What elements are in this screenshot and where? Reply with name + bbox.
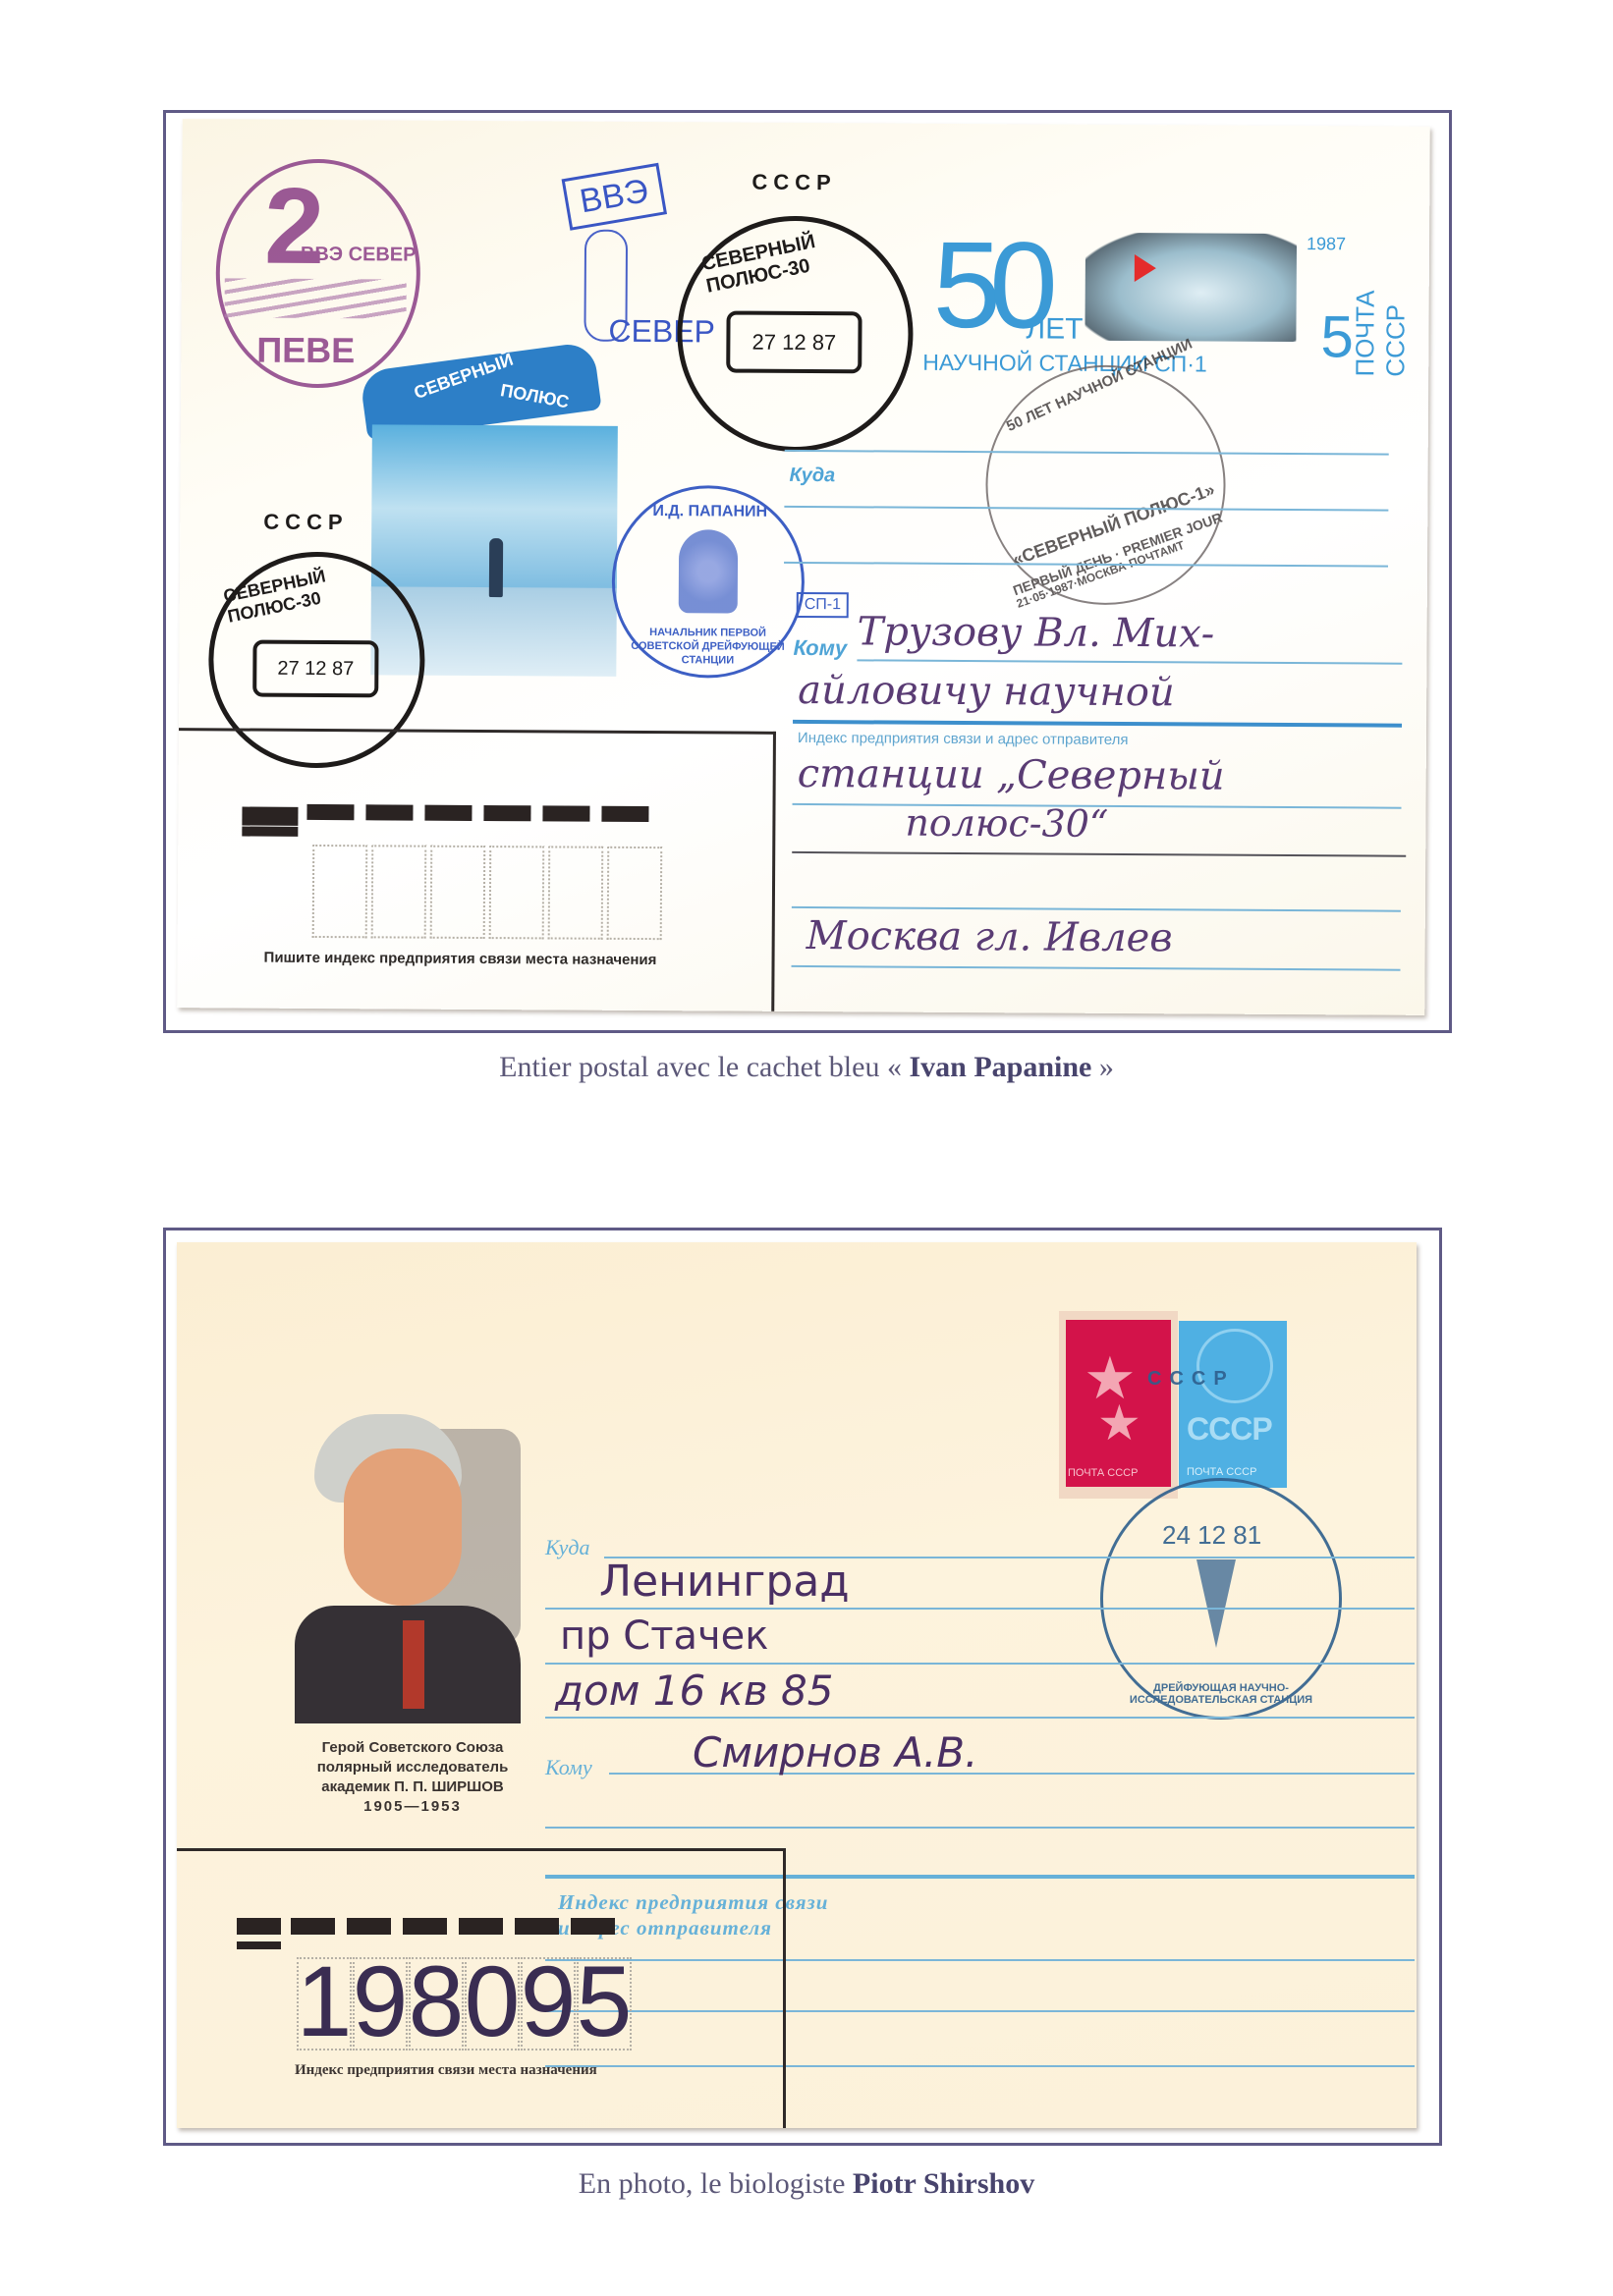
postmark-ring-text: СЕВЕРНЫЙ ПОЛЮС-30 — [699, 212, 911, 298]
envelope-shirshov: Герой Советского Союза полярный исследов… — [177, 1242, 1417, 2128]
stamp-country: ПОЧТА СССР — [1350, 239, 1412, 376]
postmark-drifting-station: СССР 24 12 81 ДРЕЙФУЮЩАЯ НАУЧНО-ИССЛЕДОВ… — [1100, 1478, 1342, 1720]
stamp-map — [1085, 233, 1297, 342]
zip-digit: 9 — [519, 1947, 578, 2055]
portrait-caption-line: академик П. П. ШИРШОВ — [270, 1777, 555, 1797]
zip-bar — [237, 1918, 281, 1935]
address-line — [857, 659, 1402, 664]
caption-1-text: Entier postal avec le cachet bleu « — [499, 1051, 902, 1083]
handwritten-address-line-2: айловичу научной — [798, 668, 1175, 715]
handwritten-address-line-3: дом 16 кв 85 — [555, 1667, 833, 1715]
address-line — [792, 906, 1401, 912]
zip-bar — [403, 1918, 447, 1935]
portrait-caption-dates: 1905—1953 — [270, 1797, 555, 1817]
papanin-name: И.Д. ПАПАНИН — [652, 503, 767, 521]
postmark-date: 24 12 81 — [1162, 1520, 1261, 1551]
stamp-years: ЛЕТ — [1026, 312, 1083, 346]
handwritten-address-line-3: станции „Северный — [798, 751, 1225, 799]
zip-digit-box[interactable] — [371, 845, 427, 938]
postmark2-country: СССР — [263, 510, 349, 536]
handwritten-address-line-1: Ленинград — [599, 1557, 850, 1607]
komu-label: Кому — [793, 635, 847, 661]
zip-bar — [571, 1918, 615, 1935]
zip-digit-box[interactable] — [548, 846, 604, 939]
caption-1: Entier postal avec le cachet bleu « Ivan… — [0, 1051, 1613, 1084]
kuda-label: Куда — [789, 465, 835, 487]
zip-bar — [306, 804, 354, 820]
zip-bar — [347, 1918, 391, 1935]
address-line — [545, 1608, 1415, 1610]
postmark-ring-text: ДРЕЙФУЮЩАЯ НАУЧНО-ИССЛЕДОВАТЕЛЬСКАЯ СТАН… — [1093, 1682, 1349, 1706]
postmark2-ring-text: СЕВЕРНЫЙ ПОЛЮС-30 — [222, 547, 422, 628]
postmark2-date: 27 12 87 — [252, 640, 378, 698]
postage-stamp-hero-medal: ★ ★ ПОЧТА СССР — [1059, 1311, 1178, 1499]
postmark-country: СССР — [751, 170, 837, 196]
zip-bar — [459, 1918, 503, 1935]
zip-bar — [542, 805, 589, 821]
papanin-ring-text: НАЧАЛЬНИК ПЕРВОЙ СОВЕТСКОЙ ДРЕЙФУЮЩЕЙ СТ… — [629, 626, 786, 668]
stamp-blue-label: СССР — [1187, 1411, 1272, 1448]
caption-2-text: En photo, le biologiste — [579, 2167, 846, 2200]
handwritten-address-line-1: Трузову Вл. Мих- — [857, 609, 1214, 656]
handwritten-address-line-4: полюс-30“ — [905, 801, 1108, 846]
shirshov-portrait — [285, 1409, 521, 1733]
zip-bar — [291, 1918, 335, 1935]
zip-label: Индекс предприятия связи места назначени… — [295, 2062, 597, 2079]
papanin-portrait — [679, 529, 739, 613]
zip-digit-box[interactable] — [430, 846, 486, 939]
komu-label: Кому — [545, 1755, 592, 1780]
zip-digit-box[interactable] — [489, 846, 545, 939]
postmark-country: СССР — [1147, 1368, 1235, 1391]
sender-label: Индекс предприятия связи и адрес отправи… — [798, 730, 1129, 748]
portrait-face — [344, 1449, 462, 1606]
stamp-red-face: ★ ★ ПОЧТА СССР — [1066, 1320, 1171, 1487]
address-line — [792, 851, 1406, 857]
caption-1-name: Ivan Papanine — [909, 1051, 1091, 1083]
coat-of-arms-icon — [1196, 1329, 1273, 1403]
flag-text: ВВЭ — [562, 163, 667, 231]
zip-bar — [242, 807, 298, 826]
postmark-date: 27 12 87 — [726, 311, 862, 374]
handwritten-address-line-2: пр Стачек — [560, 1613, 768, 1659]
postmark-north-pole-30: СССР СЕВЕРНЫЙ ПОЛЮС-30 27 12 87 — [677, 215, 914, 452]
zip-bar — [424, 805, 472, 821]
address-line — [545, 1827, 1415, 1829]
caption-2-name: Piotr Shirshov — [853, 2167, 1034, 2200]
envelope-papanin: 2 ВВЭ СЕВЕР ПЕВЕ СЕВЕРНЫЙ ПОЛЮС ВВЭ СЕВЕ… — [177, 119, 1430, 1015]
stamp-red-country: ПОЧТА СССР — [1068, 1467, 1138, 1479]
portrait-caption: Герой Советского Союза полярный исследов… — [270, 1738, 555, 1817]
purple-cachet-stripes — [225, 278, 407, 318]
zip-bar — [237, 1941, 281, 1949]
handwritten-address-line-4: Смирнов А.В. — [693, 1728, 977, 1777]
zip-digit: 9 — [351, 1947, 410, 2055]
stamp-value: 5 — [1320, 302, 1354, 370]
caption-2: En photo, le biologiste Piotr Shirshov — [0, 2167, 1613, 2201]
portrait-caption-line: Герой Советского Союза — [270, 1738, 555, 1758]
zip-digit: 5 — [575, 1947, 634, 2055]
address-line — [792, 965, 1401, 971]
zip-bar — [601, 806, 648, 822]
star-icon: ★ — [1097, 1398, 1141, 1448]
zip-label: Пишите индекс предприятия связи места на… — [264, 950, 657, 968]
address-line — [793, 720, 1402, 728]
first-day-cancel: 50 ЛЕТ НАУЧНОЙ СТАНЦИИ «СЕВЕРНЫЙ ПОЛЮС-1… — [985, 364, 1226, 605]
zip-bar — [365, 804, 413, 820]
zip-digit-box[interactable] — [607, 847, 663, 940]
zip-digit: 0 — [463, 1947, 522, 2055]
zip-bar — [242, 827, 298, 837]
stamp-blue-country: ПОЧТА СССР — [1187, 1466, 1256, 1478]
stamp-red-flag — [1135, 254, 1156, 282]
stamp-year: 1987 — [1307, 234, 1346, 254]
zip-bar — [483, 805, 530, 821]
portrait-caption-line: полярный исследователь — [270, 1758, 555, 1777]
zip-digit-box[interactable] — [312, 845, 368, 938]
kuda-label: Куда — [545, 1535, 590, 1560]
purple-cachet-top-text: ВВЭ СЕВЕР — [301, 244, 417, 267]
portrait-tie — [403, 1620, 424, 1709]
postage-stamp-coat-of-arms: СССР ПОЧТА СССР — [1179, 1321, 1287, 1488]
address-line — [545, 1663, 1415, 1665]
zip-bar — [515, 1918, 559, 1935]
handwritten-address-line-6: Москва гл. Ивлев — [806, 913, 1173, 960]
zip-digit: 8 — [407, 1947, 466, 2055]
papanin-flag: СП-1 — [797, 592, 849, 618]
papanin-cachet: И.Д. ПАПАНИН НАЧАЛЬНИК ПЕРВОЙ СОВЕТСКОЙ … — [611, 485, 805, 679]
caption-1-suffix: » — [1099, 1051, 1114, 1083]
compass-rose-icon — [1196, 1559, 1236, 1648]
explorer-figure — [489, 538, 503, 597]
address-line — [545, 1717, 1415, 1719]
blue-flag-cachet: ВВЭ СЕВЕР — [534, 170, 683, 367]
zip-digit: 1 — [295, 1947, 354, 2055]
